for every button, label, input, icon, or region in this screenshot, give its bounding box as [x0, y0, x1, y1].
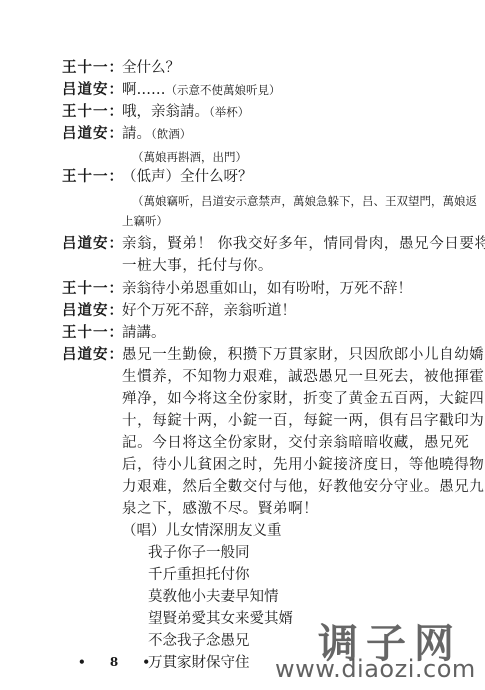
song-verse: 我子你子一般同	[148, 543, 250, 563]
speech-text: 力艰难，然后全數交付与他，好教他安分守业。愚兄九	[122, 477, 484, 497]
speaker-label: 吕道安：	[62, 124, 124, 144]
speaker-label: 王十一：	[62, 58, 124, 78]
speaker-label: 王十一：	[62, 167, 124, 187]
song-verse: 望賢弟愛其女来愛其婿	[148, 609, 293, 629]
speech-main: 哦，亲翁請。	[122, 104, 209, 120]
speech-text: 好个万死不辞，亲翁听道！	[122, 301, 296, 321]
speech-main: 請。	[122, 126, 151, 142]
speech-main: 啊……	[122, 82, 166, 98]
speech-text: 十，每錠十两，小錠一百，每錠一两，俱有吕字戳印为	[122, 411, 484, 431]
song-verse: 万貫家財保守住	[148, 653, 250, 673]
song-verse: 不念我子念愚兄	[148, 631, 250, 651]
stage-direction: 上竊听）	[122, 212, 168, 230]
speech-text: 泉之下，感激不尽。賢弟啊！	[122, 499, 318, 519]
speaker-label: 吕道安：	[62, 80, 124, 100]
song-verse: 莫敎他小夫妻早知情	[148, 587, 279, 607]
speech-text: 殚净，如今将这全份家財，折变了黄金五百两，大錠四	[122, 389, 484, 409]
stage-direction: （萬娘竊听，吕道安示意禁声，萬娘急躲下，吕、王双望門，萬娘返	[132, 192, 477, 210]
speech-text: 愚兄一生勤儉，积攒下万貫家財，只因欣郎小儿自幼嬌	[122, 345, 484, 365]
song-verse: 千斤重担托付你	[148, 565, 250, 585]
speaker-label: 吕道安：	[62, 234, 124, 254]
speaker-label: 王十一：	[62, 323, 124, 343]
speech-text: 一桩大事，托付与你。	[122, 256, 273, 276]
page-number: • 8 •	[78, 655, 160, 669]
speech-text: 后，待小儿貧困之时，先用小錠接济度日，等他曉得物	[122, 455, 484, 475]
speech-text: 全什么？	[122, 58, 180, 78]
speech-text: 生慣养，不知物力艰难，誠恐愚兄一旦死去，被他揮霍	[122, 367, 484, 387]
stage-direction: （萬娘再斟酒，出門）	[132, 148, 247, 166]
scanned-page: 王十一： 全什么？ 吕道安： 啊……（示意不使萬娘听見） 王十一： 哦，亲翁請。…	[0, 0, 485, 690]
stage-direction-inline: （飲酒）	[151, 127, 191, 141]
speech-text: 亲翁，賢弟！ 你我交好多年，情同骨肉，愚兄今日要将	[122, 234, 485, 254]
speaker-label: 吕道安：	[62, 301, 124, 321]
speaker-label: 王十一：	[62, 102, 124, 122]
speaker-label: 吕道安：	[62, 345, 124, 365]
speech-text: 亲翁待小弟恩重如山，如有吩咐，万死不辞！	[122, 279, 412, 299]
speech-text: 哦，亲翁請。（举杯）	[122, 102, 249, 122]
speech-text: 請講。	[122, 323, 166, 343]
speech-text: 記。今日将这全份家財，交付亲翁暗暗收藏，愚兄死	[122, 433, 469, 453]
speech-text: 啊……（示意不使萬娘听見）	[122, 80, 281, 100]
speaker-label: 王十一：	[62, 279, 124, 299]
song-intro: （唱）儿女情深朋友义重	[122, 521, 282, 541]
watermark-url: www.diaozi.com	[275, 655, 476, 683]
speech-text: 請。（飲酒）	[122, 124, 191, 144]
stage-direction-inline: （示意不使萬娘听見）	[166, 83, 281, 97]
speech-text: （低声）全什么呀？	[122, 167, 253, 187]
stage-direction-inline: （举杯）	[209, 105, 249, 119]
